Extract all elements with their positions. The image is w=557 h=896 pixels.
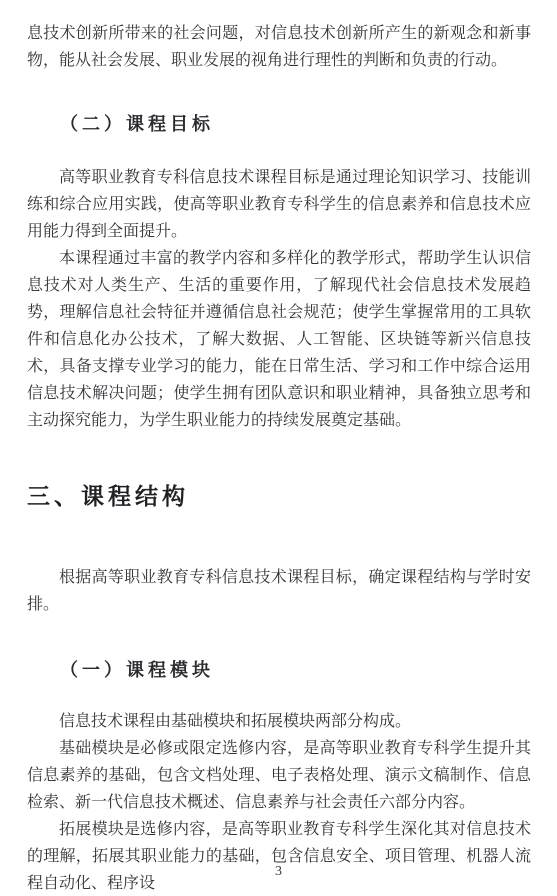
heading-course-goals: （二）课程目标 bbox=[27, 110, 531, 138]
page-number: 3 bbox=[0, 863, 557, 881]
document-page: 息技术创新所带来的社会问题，对信息技术创新所产生的新观念和新事物，能从社会发展、… bbox=[0, 0, 557, 896]
heading-course-structure: 三、课程结构 bbox=[27, 480, 531, 512]
paragraph-structure-intro: 根据高等职业教育专科信息技术课程目标，确定课程结构与学时安排。 bbox=[27, 564, 531, 618]
paragraph-modules-3: 拓展模块是选修内容，是高等职业教育专科学生深化其对信息技术的理解，拓展其职业能力… bbox=[27, 816, 531, 896]
paragraph-continued: 息技术创新所带来的社会问题，对信息技术创新所产生的新观念和新事物，能从社会发展、… bbox=[27, 20, 531, 74]
page-content: 息技术创新所带来的社会问题，对信息技术创新所产生的新观念和新事物，能从社会发展、… bbox=[27, 20, 531, 896]
paragraph-goals-1: 高等职业教育专科信息技术课程目标是通过理论知识学习、技能训练和综合应用实践，使高… bbox=[27, 164, 531, 245]
heading-course-modules: （一）课程模块 bbox=[27, 656, 531, 684]
paragraph-modules-2: 基础模块是必修或限定选修内容，是高等职业教育专科学生提升其信息素养的基础，包含文… bbox=[27, 735, 531, 816]
paragraph-goals-2: 本课程通过丰富的教学内容和多样化的教学形式，帮助学生认识信息技术对人类生产、生活… bbox=[27, 245, 531, 434]
paragraph-modules-1: 信息技术课程由基础模块和拓展模块两部分构成。 bbox=[27, 708, 531, 735]
